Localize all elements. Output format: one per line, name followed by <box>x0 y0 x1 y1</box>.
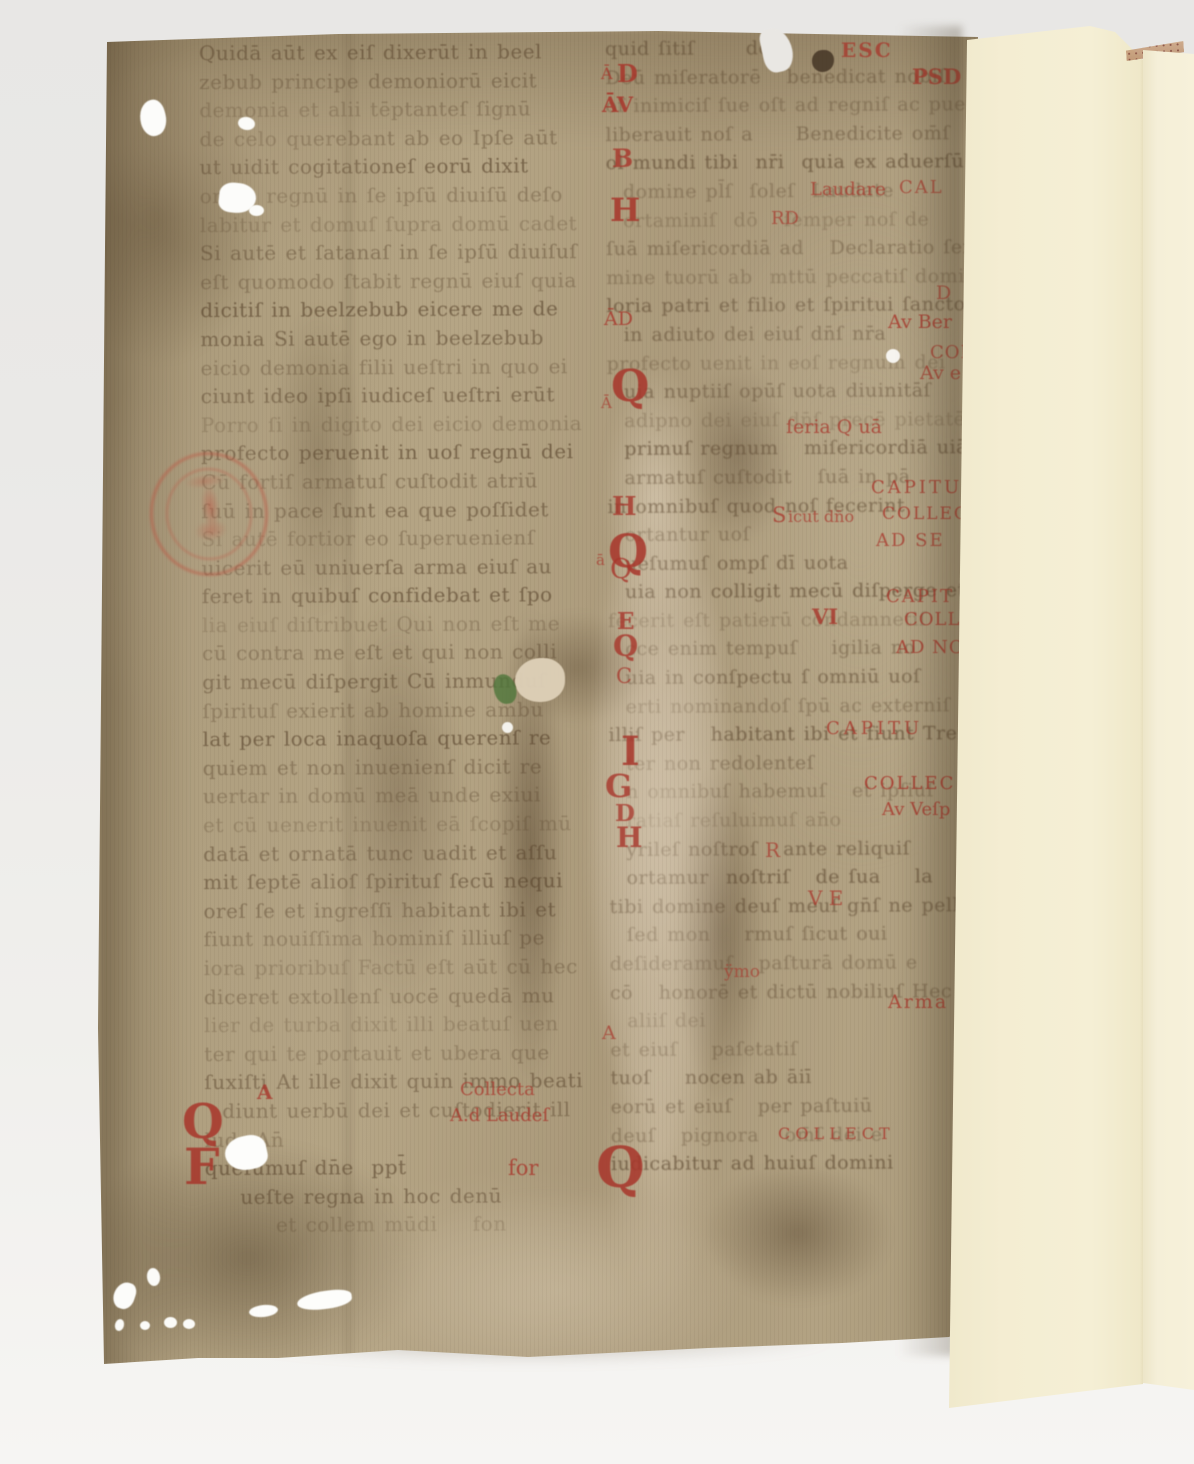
script-line: fiunt nouiſſima hominiſ illiuſ pe <box>203 923 611 954</box>
script-line: ter qui te portauit et ubera que <box>204 1038 612 1069</box>
script-line: lud An̄ <box>205 1123 613 1154</box>
script-line: dicitiſ in beelzebub eicere me de <box>200 294 608 325</box>
script-line: et cū uenerit inuenit eā ſcopiſ mū <box>203 809 611 840</box>
script-line: labitur et domuſ ſupra domū cadet <box>200 209 608 240</box>
script-line: uicerit eū uniuerſa arma eiuſ au <box>202 552 610 583</box>
script-line: omne regnū in ſe ipſū diuiſū deſo <box>200 180 608 211</box>
script-line: lier de turba dixit illi beatuſ uen <box>204 1009 612 1040</box>
script-line: lat per loca inaquoſa querenſ re <box>202 723 610 754</box>
script-line: lia eiuſ diſtribuet Qui non eſt me <box>202 609 610 640</box>
script-line: diceret extollenſ uocē quedā mu <box>204 981 612 1012</box>
manuscript-photograph: Quidā aūt ex eiſ dixerūt in beelzebub pr… <box>0 0 1194 1464</box>
script-line: git mecū diſpergit Cū inmunduſ <box>202 666 610 697</box>
script-line: datā et ornatā tunc uadit et aſſu <box>203 838 611 869</box>
script-line: ut uidit cogitationeſ eorū dixit <box>199 151 607 182</box>
script-line: diunt uerbū dei et cuſtodierit ill <box>204 1095 612 1126</box>
script-line: cū contra me eſt et qui non colli <box>202 637 610 668</box>
script-line: zebub principe demoniorū eicit <box>199 66 607 97</box>
script-line: monia Si autē ego in beelzebub <box>200 323 608 354</box>
script-line: ſpirituſ exierit ab homine ambu <box>202 695 610 726</box>
script-line: oreſ ſe et ingreſſi habitant ibi et <box>203 895 611 926</box>
script-line: Porro ſi in digito dei eicio demonia <box>201 409 609 440</box>
script-line: Quidā aūt ex eiſ dixerūt in beel <box>199 37 607 68</box>
script-column-left: Quidā aūt ex eiſ dixerūt in beelzebub pr… <box>199 37 613 1240</box>
guard-leaf <box>940 20 1150 1415</box>
script-line: queſumuſ dn̄e ppt̄ <box>205 1152 613 1183</box>
script-line: Si autē et ſatanaſ in ſe ipſū diuiſuſ <box>200 237 608 268</box>
script-line: feret in quibuſ confidebat et ſpo <box>202 580 610 611</box>
script-line: iora prioribuſ Factū eſt aūt cū hec <box>204 952 612 983</box>
script-line: ueſte regna in hoc denū <box>205 1181 613 1212</box>
script-line: profecto peruenit in uoſ regnū dei <box>201 437 609 468</box>
parchment-leaf: Quidā aūt ex eiſ dixerūt in beelzebub pr… <box>98 28 982 1368</box>
script-line: ciunt ideo ipſi iudiceſ ueſtri erūt <box>201 380 609 411</box>
script-line: et collem mūdi fon <box>205 1209 613 1240</box>
script-line: eicio demonia filii ueſtri in quo ei <box>201 351 609 382</box>
script-line: quiem et non inuenienſ dicit re <box>203 752 611 783</box>
script-line: demonia et alii tēptanteſ ſignū <box>199 94 607 125</box>
script-line: de celo querebant ab eo Ipſe aūt <box>199 123 607 154</box>
script-line: eſt quomodo ſtabit regnū eiuſ quia <box>200 266 608 297</box>
script-line: mit ſeptē alioſ ſpirituſ ſecū nequi <box>203 866 611 897</box>
script-line: ſuxiſti At ille dixit quin immo beati <box>204 1066 612 1097</box>
next-leaf <box>1138 24 1194 1394</box>
script-line: uertar in domū meā unde exiui <box>203 780 611 811</box>
